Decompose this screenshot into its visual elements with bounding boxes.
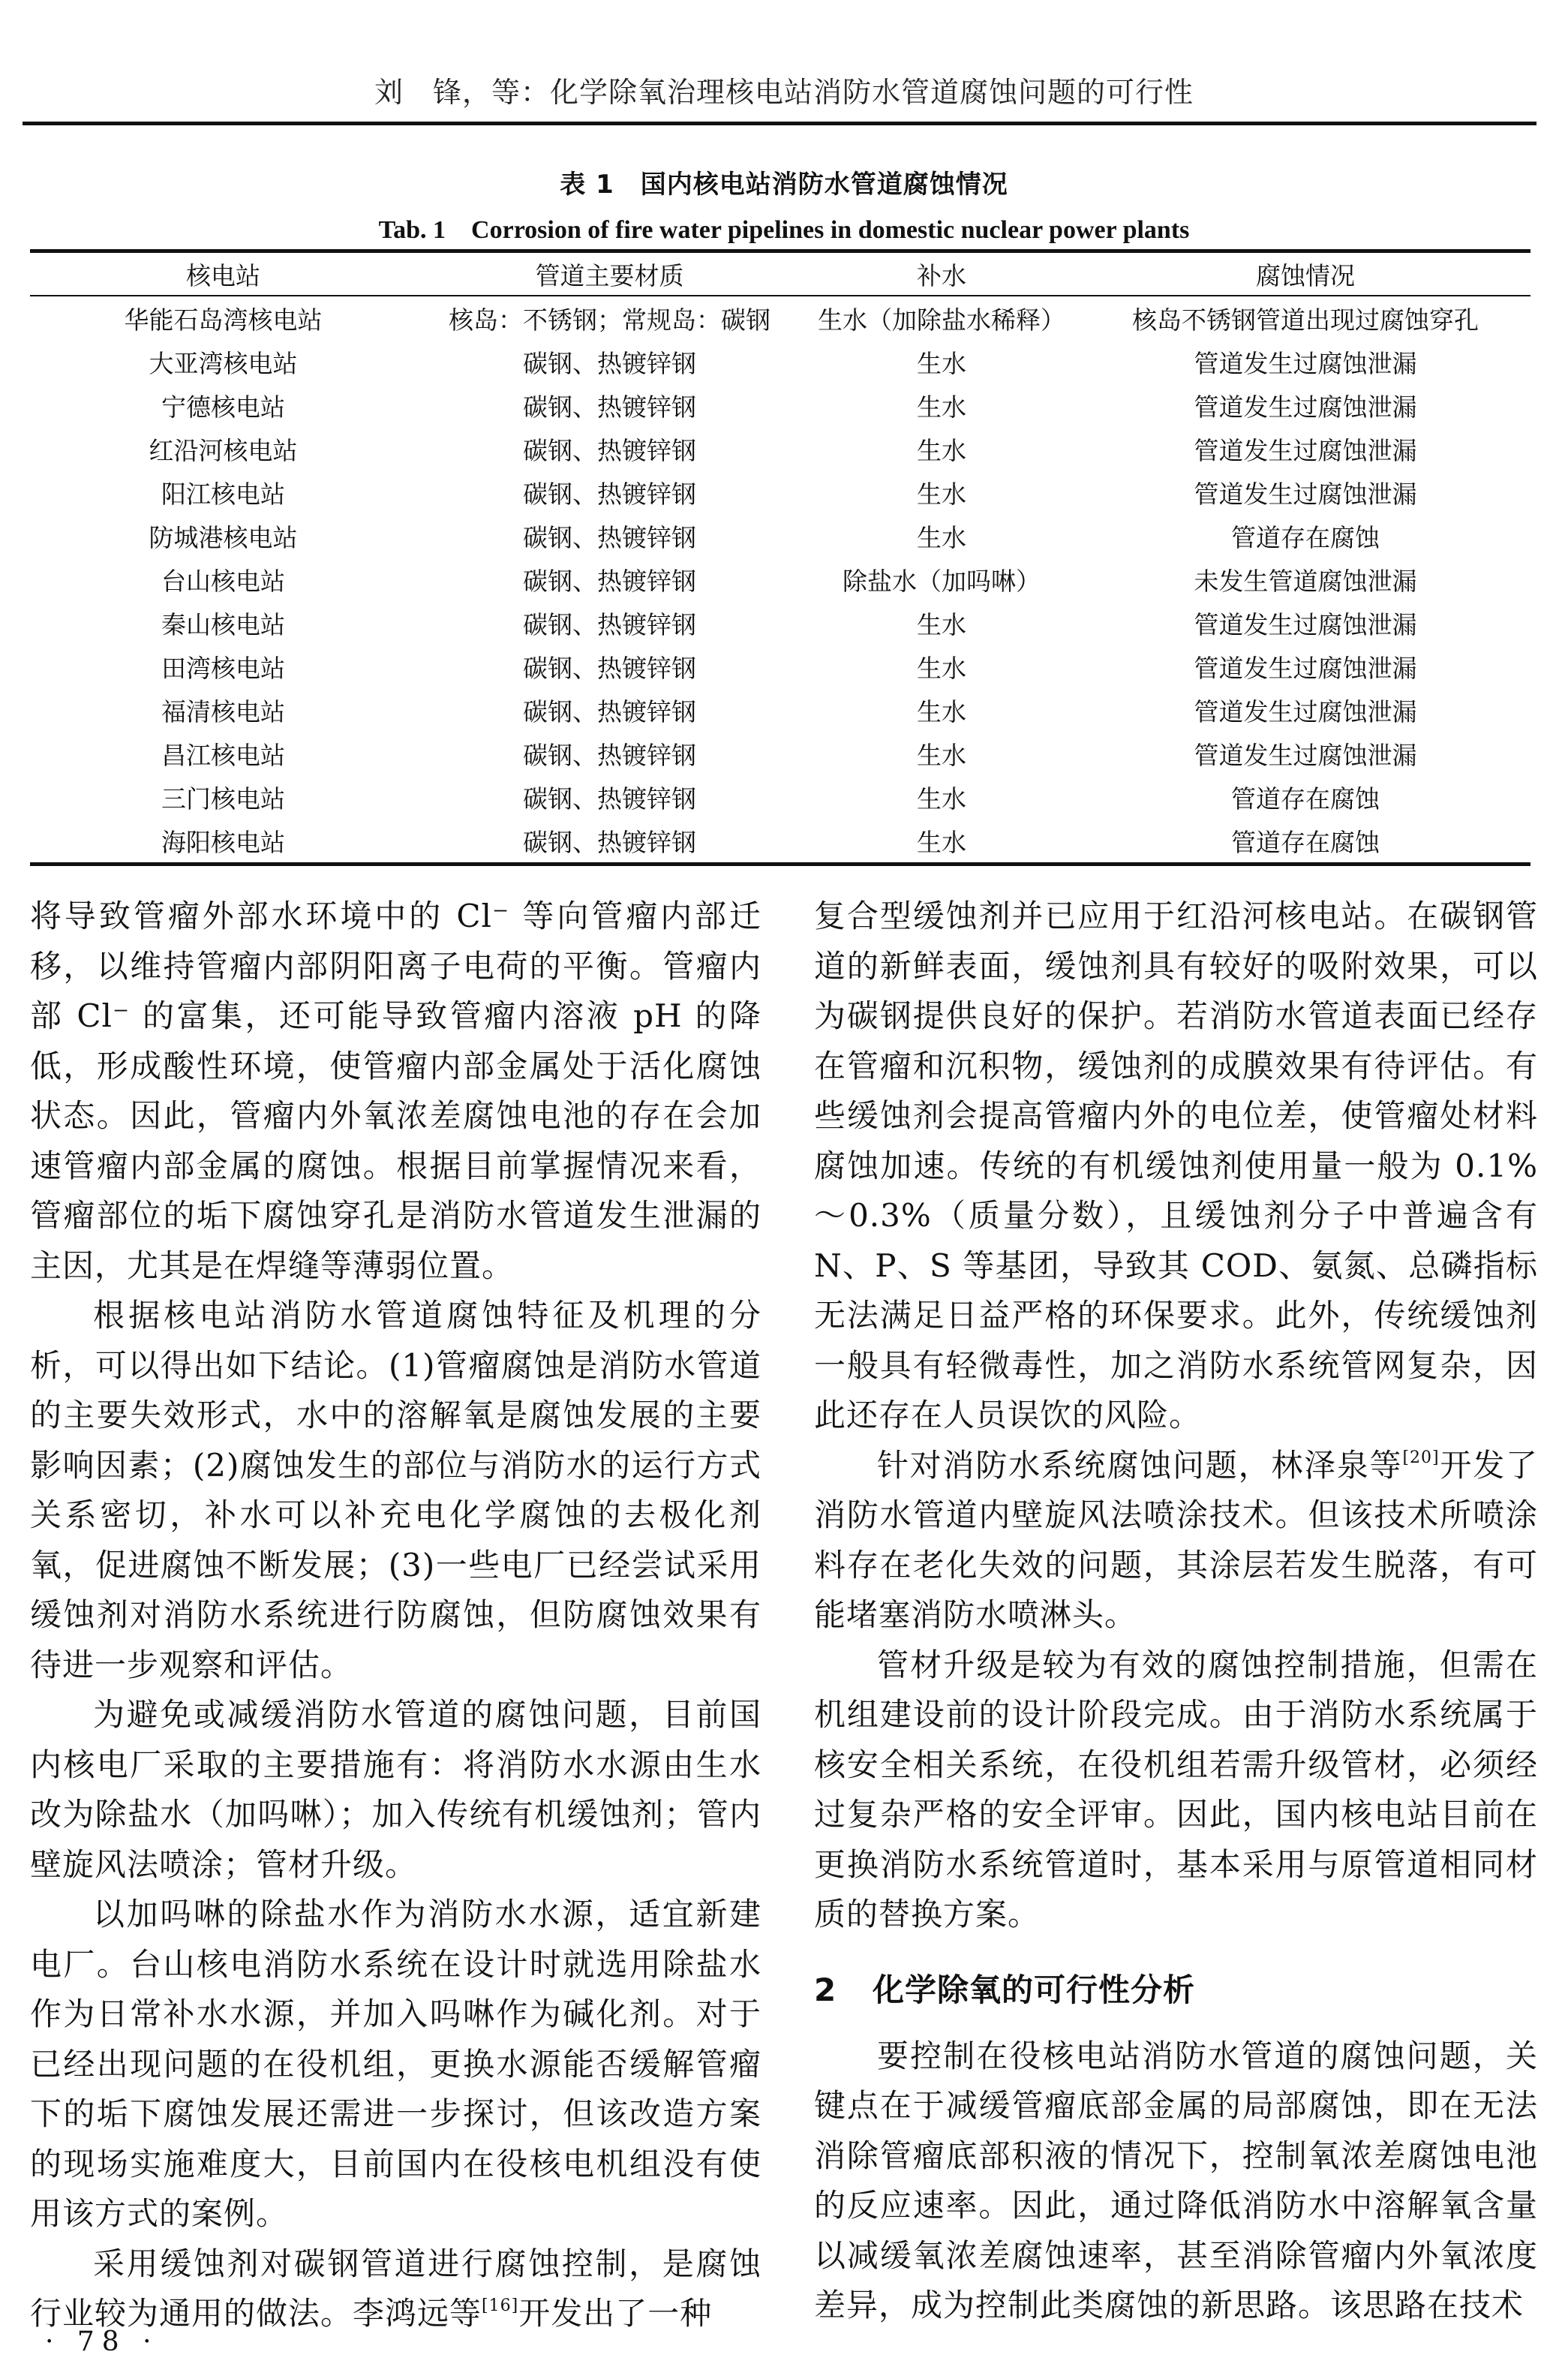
- cell-material: 碳钢、热镀锌钢: [416, 645, 803, 688]
- cell-corrosion-status: 管道存在腐蚀: [1080, 514, 1530, 558]
- cell-makeup-water: 生水: [803, 819, 1080, 865]
- paragraph: 为避免或减缓消防水管道的腐蚀问题，目前国内核电厂采取的主要措施有：将消防水水源由…: [30, 1690, 761, 1890]
- table-row: 福清核电站碳钢、热镀锌钢生水管道发生过腐蚀泄漏: [30, 688, 1530, 732]
- paragraph-text: 开发出了一种: [518, 2295, 712, 2332]
- cell-makeup-water: 生水: [803, 601, 1080, 645]
- running-head: 刘 锋，等：化学除氧治理核电站消防水管道腐蚀问题的可行性: [0, 69, 1568, 110]
- paragraph: 针对消防水系统腐蚀问题，林泽泉等[20]开发了消防水管道内壁旋风法喷涂技术。但该…: [814, 1441, 1538, 1641]
- table-row: 宁德核电站碳钢、热镀锌钢生水管道发生过腐蚀泄漏: [30, 383, 1530, 427]
- cell-plant: 秦山核电站: [30, 601, 416, 645]
- table-row: 三门核电站碳钢、热镀锌钢生水管道存在腐蚀: [30, 775, 1530, 819]
- paragraph: 将导致管瘤外部水环境中的 Cl⁻ 等向管瘤内部迁移，以维持管瘤内部阴阳离子电荷的…: [30, 892, 761, 1291]
- cell-corrosion-status: 管道发生过腐蚀泄漏: [1080, 471, 1530, 514]
- paragraph: 采用缓蚀剂对碳钢管道进行腐蚀控制，是腐蚀行业较为通用的做法。李鸿远等[16]开发…: [30, 2239, 761, 2339]
- paragraph: 要控制在役核电站消防水管道的腐蚀问题，关键点在于减缓管瘤底部金属的局部腐蚀，即在…: [814, 2032, 1538, 2331]
- cell-material: 碳钢、热镀锌钢: [416, 558, 803, 601]
- page-number: · 78 ·: [45, 2326, 159, 2357]
- cell-corrosion-status: 未发生管道腐蚀泄漏: [1080, 558, 1530, 601]
- cell-material: 碳钢、热镀锌钢: [416, 601, 803, 645]
- header-corrosion-status: 腐蚀情况: [1080, 251, 1530, 296]
- cell-material: 核岛：不锈钢；常规岛：碳钢: [416, 296, 803, 340]
- cell-material: 碳钢、热镀锌钢: [416, 819, 803, 865]
- cell-material: 碳钢、热镀锌钢: [416, 471, 803, 514]
- table-row: 大亚湾核电站碳钢、热镀锌钢生水管道发生过腐蚀泄漏: [30, 340, 1530, 383]
- cell-makeup-water: 生水: [803, 645, 1080, 688]
- paragraph: 管材升级是较为有效的腐蚀控制措施，但需在机组建设前的设计阶段完成。由于消防水系统…: [814, 1641, 1538, 1940]
- table-caption-cn: 表 1 国内核电站消防水管道腐蚀情况: [0, 164, 1568, 200]
- cell-plant: 防城港核电站: [30, 514, 416, 558]
- header-rule: [23, 122, 1536, 125]
- right-text-column: 复合型缓蚀剂并已应用于红沿河核电站。在碳钢管道的新鲜表面，缓蚀剂具有较好的吸附效…: [814, 892, 1538, 2331]
- table-row: 阳江核电站碳钢、热镀锌钢生水管道发生过腐蚀泄漏: [30, 471, 1530, 514]
- table-caption-en: Tab. 1 Corrosion of fire water pipelines…: [0, 209, 1568, 245]
- cell-plant: 福清核电站: [30, 688, 416, 732]
- cell-makeup-water: 生水: [803, 471, 1080, 514]
- cell-plant: 台山核电站: [30, 558, 416, 601]
- table-row: 秦山核电站碳钢、热镀锌钢生水管道发生过腐蚀泄漏: [30, 601, 1530, 645]
- cell-plant: 海阳核电站: [30, 819, 416, 865]
- cell-makeup-water: 生水: [803, 514, 1080, 558]
- cell-plant: 宁德核电站: [30, 383, 416, 427]
- cell-makeup-water: 生水: [803, 732, 1080, 775]
- cell-material: 碳钢、热镀锌钢: [416, 688, 803, 732]
- cell-plant: 昌江核电站: [30, 732, 416, 775]
- cell-material: 碳钢、热镀锌钢: [416, 340, 803, 383]
- cell-plant: 阳江核电站: [30, 471, 416, 514]
- paragraph-text: 针对消防水系统腐蚀问题，林泽泉等: [877, 1447, 1402, 1484]
- section-number: 2: [814, 1965, 873, 2015]
- cell-plant: 华能石岛湾核电站: [30, 296, 416, 340]
- cell-plant: 大亚湾核电站: [30, 340, 416, 383]
- header-plant: 核电站: [30, 251, 416, 296]
- cell-makeup-water: 生水: [803, 775, 1080, 819]
- cell-corrosion-status: 管道存在腐蚀: [1080, 775, 1530, 819]
- table-row: 台山核电站碳钢、热镀锌钢除盐水（加吗啉）未发生管道腐蚀泄漏: [30, 558, 1530, 601]
- left-text-column: 将导致管瘤外部水环境中的 Cl⁻ 等向管瘤内部迁移，以维持管瘤内部阴阳离子电荷的…: [30, 892, 761, 2339]
- cell-makeup-water: 生水: [803, 427, 1080, 471]
- cell-corrosion-status: 管道发生过腐蚀泄漏: [1080, 601, 1530, 645]
- cell-material: 碳钢、热镀锌钢: [416, 732, 803, 775]
- table-row: 田湾核电站碳钢、热镀锌钢生水管道发生过腐蚀泄漏: [30, 645, 1530, 688]
- cell-corrosion-status: 管道发生过腐蚀泄漏: [1080, 427, 1530, 471]
- cell-plant: 田湾核电站: [30, 645, 416, 688]
- cell-material: 碳钢、热镀锌钢: [416, 383, 803, 427]
- table-header-row: 核电站 管道主要材质 补水 腐蚀情况: [30, 251, 1530, 296]
- cell-corrosion-status: 管道发生过腐蚀泄漏: [1080, 732, 1530, 775]
- paragraph: 以加吗啉的除盐水作为消防水水源，适宜新建电厂。台山核电消防水系统在设计时就选用除…: [30, 1890, 761, 2239]
- cell-makeup-water: 生水: [803, 688, 1080, 732]
- citation-ref: [16]: [482, 2296, 518, 2315]
- cell-makeup-water: 生水: [803, 340, 1080, 383]
- cell-makeup-water: 生水（加除盐水稀释）: [803, 296, 1080, 340]
- table-row: 华能石岛湾核电站核岛：不锈钢；常规岛：碳钢生水（加除盐水稀释）核岛不锈钢管道出现…: [30, 296, 1530, 340]
- cell-corrosion-status: 管道发生过腐蚀泄漏: [1080, 688, 1530, 732]
- paragraph: 复合型缓蚀剂并已应用于红沿河核电站。在碳钢管道的新鲜表面，缓蚀剂具有较好的吸附效…: [814, 892, 1538, 1441]
- cell-corrosion-status: 管道发生过腐蚀泄漏: [1080, 340, 1530, 383]
- cell-corrosion-status: 管道发生过腐蚀泄漏: [1080, 645, 1530, 688]
- table-row: 海阳核电站碳钢、热镀锌钢生水管道存在腐蚀: [30, 819, 1530, 865]
- section-title: 化学除氧的可行性分析: [873, 1971, 1195, 2008]
- citation-ref: [20]: [1402, 1448, 1439, 1467]
- cell-material: 碳钢、热镀锌钢: [416, 775, 803, 819]
- section-heading: 2化学除氧的可行性分析: [814, 1965, 1538, 2015]
- paragraph: 根据核电站消防水管道腐蚀特征及机理的分析，可以得出如下结论。(1)管瘤腐蚀是消防…: [30, 1291, 761, 1690]
- table-row: 红沿河核电站碳钢、热镀锌钢生水管道发生过腐蚀泄漏: [30, 427, 1530, 471]
- header-makeup-water: 补水: [803, 251, 1080, 296]
- table-row: 昌江核电站碳钢、热镀锌钢生水管道发生过腐蚀泄漏: [30, 732, 1530, 775]
- cell-material: 碳钢、热镀锌钢: [416, 514, 803, 558]
- table-row: 防城港核电站碳钢、热镀锌钢生水管道存在腐蚀: [30, 514, 1530, 558]
- cell-corrosion-status: 管道发生过腐蚀泄漏: [1080, 383, 1530, 427]
- cell-makeup-water: 生水: [803, 383, 1080, 427]
- header-material: 管道主要材质: [416, 251, 803, 296]
- cell-makeup-water: 除盐水（加吗啉）: [803, 558, 1080, 601]
- cell-material: 碳钢、热镀锌钢: [416, 427, 803, 471]
- cell-plant: 三门核电站: [30, 775, 416, 819]
- cell-corrosion-status: 核岛不锈钢管道出现过腐蚀穿孔: [1080, 296, 1530, 340]
- cell-plant: 红沿河核电站: [30, 427, 416, 471]
- corrosion-table: 核电站 管道主要材质 补水 腐蚀情况 华能石岛湾核电站核岛：不锈钢；常规岛：碳钢…: [30, 249, 1530, 866]
- cell-corrosion-status: 管道存在腐蚀: [1080, 819, 1530, 865]
